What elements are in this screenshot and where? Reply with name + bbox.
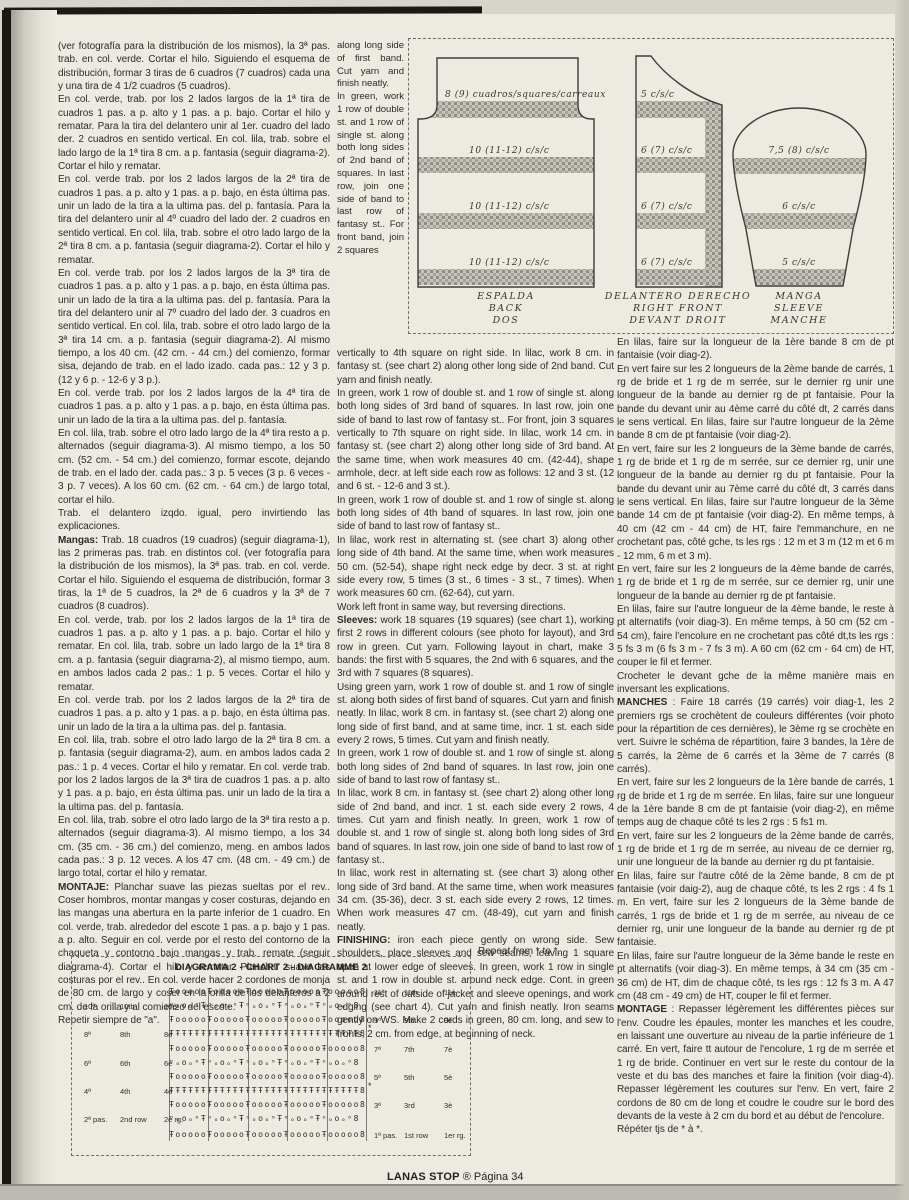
english-instructions-column-narrow: along long side of first band. Cut yarn …	[337, 40, 404, 258]
chart-row-label: 9th	[404, 1016, 414, 1025]
back-band-label: 10 (11-12) c/s/c	[469, 145, 550, 156]
chart-row-label: 6ª	[84, 1059, 91, 1068]
chart-row-label: 10th	[120, 1002, 135, 1011]
paragraph: En col. verde trab. por los 2 lados larg…	[58, 173, 330, 266]
paragraph: In green, work 1 row of double st. and 1…	[337, 91, 404, 257]
paragraph: En col. lila, trab. sobre el otro lado l…	[58, 814, 330, 881]
back-piece: 8 (9) cuadros/squares/carreaux 10 (11-12…	[418, 58, 606, 326]
chart-row-label: 4è	[164, 1087, 172, 1096]
chart-symbol-row-wave: ᵒₒoₒᵒŦᵒₒoₒᵒŦᵒₒoₒᵒŦᵒₒoₒᵒŦᵒₒoₒᵒ8	[169, 1058, 371, 1067]
chart-symbol-row-chain: ŦoooooŦoooooŦoooooŦoooooŦooooo8	[169, 987, 371, 996]
front-vertical-band-texture	[705, 101, 722, 287]
chart-row-label: 4ª	[84, 1087, 91, 1096]
french-instructions-column: En lilas, faire sur la longueur de la 1è…	[617, 336, 894, 1137]
chart-repeat-divider	[248, 988, 249, 1141]
sleeve-band-texture	[733, 213, 866, 229]
paragraph: Trab. el delantero izqdo. igual, pero in…	[58, 507, 330, 534]
chart-row-label: 5è	[444, 1073, 452, 1082]
page-footer: LANAS STOP ® Página 34	[387, 1171, 523, 1183]
chart-symbol-row-chain: ŦoooooŦoooooŦoooooŦoooooŦooooo8	[169, 1130, 371, 1139]
chart-repeat-divider	[287, 988, 288, 1141]
chart-row-label: 4th	[120, 1087, 130, 1096]
chart-row-label: 2nd row	[120, 1115, 147, 1124]
paragraph: In lilac, work 8 cm. in fantasy st. (see…	[337, 787, 614, 867]
chart-symbol-row-chain: ŦoooooŦoooooŦoooooŦoooooŦooooo8	[169, 1100, 371, 1109]
front-band-label: 6 (7) c/s/c	[641, 145, 693, 156]
scan-right-edge	[895, 0, 909, 1200]
paragraph: MANCHES : Faire 18 carrés (19 carrés) vo…	[617, 696, 894, 776]
chart-row-label: 7th	[404, 1045, 414, 1054]
chart-row-label: 5ª	[374, 1073, 381, 1082]
garment-schematic-box: 8 (9) cuadros/squares/carreaux 10 (11-12…	[408, 38, 894, 334]
spine-shadow	[11, 10, 57, 1196]
sleeve-name-en: SLEEVE	[774, 303, 824, 314]
back-name-es: ESPALDA	[476, 291, 535, 302]
front-name-en: RIGHT FRONT	[632, 303, 723, 314]
paragraph: En lilas, faire sur la longueur de la 1è…	[617, 336, 894, 363]
chart-row-label: 8th	[120, 1030, 130, 1039]
repeat-note: Repeat from * to *.	[478, 946, 560, 957]
chart-row-label: 6th	[120, 1059, 130, 1068]
scan-top-edge	[4, 6, 482, 14]
chart-row-label: 1ª pas.	[374, 1131, 397, 1140]
chart-row-label: 11th	[404, 988, 418, 997]
back-top-band-label: 8 (9) cuadros/squares/carreaux	[445, 89, 606, 100]
chart-symbol-row-wave: ᵒₒoₒᵒŦᵒₒoₒᵒŦᵒₒoₒᵒŦᵒₒoₒᵒŦᵒₒoₒᵒ8	[169, 1001, 371, 1010]
back-name-fr: DOS	[492, 315, 520, 326]
paragraph: En vert, faire sur les 2 longueurs de la…	[617, 830, 894, 870]
chart-row-label: 3ª	[374, 1101, 381, 1110]
paragraph: In lilac, work rest in alternating st. (…	[337, 867, 614, 934]
paragraph: En vert, faire sur les 2 longueurs de la…	[617, 443, 894, 563]
front-band-texture	[636, 157, 706, 173]
back-band-texture	[418, 157, 594, 173]
chart-row-label: 11è	[444, 988, 456, 997]
chart-repeat-divider	[327, 988, 328, 1141]
right-front-piece: 5 c/s/c 6 (7) c/s/c 6 (7) c/s/c 6 (7) c/…	[604, 56, 751, 326]
back-name-en: BACK	[488, 303, 524, 314]
back-band-label: 10 (11-12) c/s/c	[469, 257, 550, 268]
paragraph: En vert faire sur les 2 longueurs de la …	[617, 363, 894, 443]
crochet-chart-2-box: DIAGRAMA 2 - CHART 2 - DIAGRAMME 2 Ŧoooo…	[71, 956, 471, 1156]
chart-row-label: 6è	[164, 1059, 172, 1068]
front-top-band-label: 5 c/s/c	[641, 90, 675, 100]
chart-symbol-row-post: ŦŦŦŦŦŦŦŦŦŦŦŦŦŦŦŦŦŦŦŦŦŦŦŦŦŦŦŦŦŦ8	[169, 1029, 371, 1038]
spanish-instructions-column: (ver fotografía para la distribución de …	[58, 40, 330, 1027]
paragraph: MONTAGE : Repasser légèrement les différ…	[617, 1003, 894, 1123]
chart-2-title: DIAGRAMA 2 - CHART 2 - DIAGRAMME 2	[72, 962, 470, 973]
paragraph: En col. verde trab. por los 2 lados larg…	[58, 267, 330, 387]
paragraph: Répéter tjs de * à *.	[617, 1123, 894, 1136]
chart-symbol-row-wave: ᵒₒoₒᵒŦᵒₒoₒᵒŦᵒₒoₒᵒŦᵒₒoₒᵒŦᵒₒoₒᵒ8	[169, 1114, 371, 1123]
chart-row-label: 8è	[164, 1030, 172, 1039]
chart-row-label: 1er rg.	[444, 1131, 466, 1140]
chart-repeat-divider	[366, 988, 367, 1141]
paragraph: In green, work 1 row of double st. and 1…	[337, 494, 614, 534]
back-band-texture	[418, 213, 594, 229]
paragraph: En vert, faire sur les 2 longueurs de la…	[617, 563, 894, 603]
paragraph: En col. lila, trab. sobre el otro lado l…	[58, 427, 330, 507]
chart-asterisk-marker: *	[368, 1023, 372, 1033]
book-binding-edge	[2, 10, 11, 1196]
back-band-label: 10 (11-12) c/s/c	[469, 201, 550, 212]
page-number: ® Página 34	[460, 1171, 524, 1183]
paragraph: Work left front in same way, but reversi…	[337, 601, 614, 614]
paragraph: Crocheter le devant gche de la même mani…	[617, 670, 894, 697]
chart-row-label: 9è	[444, 1016, 452, 1025]
front-band-texture	[636, 213, 706, 229]
front-band-texture	[636, 269, 706, 285]
front-band-label: 6 (7) c/s/c	[641, 257, 693, 268]
paragraph: along long side of first band. Cut yarn …	[337, 40, 404, 91]
chart-row-label: 5th	[404, 1073, 414, 1082]
chart-row-label: 2è rg.	[164, 1115, 183, 1124]
sleeve-band-label: 7,5 (8) c/s/c	[768, 145, 829, 156]
chart-row-label: 3rd	[404, 1101, 415, 1110]
paragraph: In green, work 1 row of double st. and 1…	[337, 387, 614, 494]
chart-symbol-row-chain: ŦoooooŦoooooŦoooooŦoooooŦooooo8	[169, 1044, 371, 1053]
paragraph: (ver fotografía para la distribución de …	[58, 40, 330, 93]
front-name-fr: DEVANT DROIT	[628, 315, 726, 326]
paragraph: Sleeves: work 18 squares (19 squares) (s…	[337, 614, 614, 681]
chart-repeat-divider	[208, 988, 209, 1141]
back-band-texture	[418, 269, 594, 285]
chart-asterisk-marker: *	[368, 1081, 372, 1091]
scan-bottom-edge	[0, 1186, 909, 1200]
paragraph: Mangas: Trab. 18 cuadros (19 cuadros) (s…	[58, 534, 330, 614]
brand-name: LANAS STOP	[387, 1171, 460, 1183]
sleeve-name-fr: MANCHE	[770, 315, 828, 326]
paragraph: En vert, faire sur les 2 longueurs de la…	[617, 776, 894, 829]
chart-symbol-row-chain: ŦoooooŦoooooŦoooooŦoooooŦooooo8	[169, 1072, 371, 1081]
paragraph: En lilas, faire sur l'autre longueur de …	[617, 950, 894, 1003]
front-name-es: DELANTERO DERECHO	[604, 291, 751, 302]
paragraph: In green, work 1 row of double st. and 1…	[337, 747, 614, 787]
chart-row-label: 7ª	[374, 1045, 381, 1054]
paragraph: En col. lila, trab. sobre el otro lado l…	[58, 734, 330, 814]
paragraph: En col. verde, trab. por los 2 lados lar…	[58, 93, 330, 173]
chart-row-label: 3è	[444, 1101, 452, 1110]
chart-symbol-row-post: ŦŦŦŦŦŦŦŦŦŦŦŦŦŦŦŦŦŦŦŦŦŦŦŦŦŦŦŦŦŦ8	[169, 1086, 371, 1095]
chart-row-label: 7è	[444, 1045, 452, 1054]
paragraph: En lilas, faire sur l'autre côté de la 2…	[617, 870, 894, 950]
sleeve-name-es: MANGA	[774, 291, 822, 302]
chart-row-label: 9ª	[374, 1016, 381, 1025]
paragraph: Using green yarn, work 1 row of double s…	[337, 681, 614, 748]
paragraph: vertically to 4th square on right side. …	[337, 347, 614, 387]
chart-row-label: 11ª	[374, 988, 385, 997]
paragraph: In lilac, work rest in alternating st. (…	[337, 534, 614, 601]
sleeve-band-label: 5 c/s/c	[782, 258, 816, 268]
sleeve-band-texture	[733, 158, 866, 174]
chart-row-label: 10è	[164, 1002, 177, 1011]
paragraph: En col. verde trab. por los 2 lados larg…	[58, 387, 330, 427]
english-instructions-column: vertically to 4th square on right side. …	[337, 347, 614, 1041]
garment-schematic: 8 (9) cuadros/squares/carreaux 10 (11-12…	[409, 39, 893, 333]
sleeve-band-label: 6 c/s/c	[782, 202, 816, 212]
front-band-label: 6 (7) c/s/c	[641, 201, 693, 212]
chart-row-label: 2ª pas.	[84, 1115, 107, 1124]
paragraph: En lilas, faire sur l'autre longueur de …	[617, 603, 894, 670]
paragraph: En col. verde trab. por los 2 lados larg…	[58, 694, 330, 734]
chart-row-label: 1st row	[404, 1131, 428, 1140]
chart-symbol-row-chain: ŦoooooŦoooooŦoooooŦoooooŦooooo8	[169, 1015, 371, 1024]
paragraph: En col. verde, trab. por los 2 lados lar…	[58, 614, 330, 694]
back-band-texture	[418, 101, 594, 118]
chart-row-label: 8ª	[84, 1030, 91, 1039]
sleeve-piece: 7,5 (8) c/s/c 6 c/s/c 5 c/s/c MANGA SLEE…	[733, 108, 866, 326]
chart-row-label: 10ª	[84, 1002, 95, 1011]
